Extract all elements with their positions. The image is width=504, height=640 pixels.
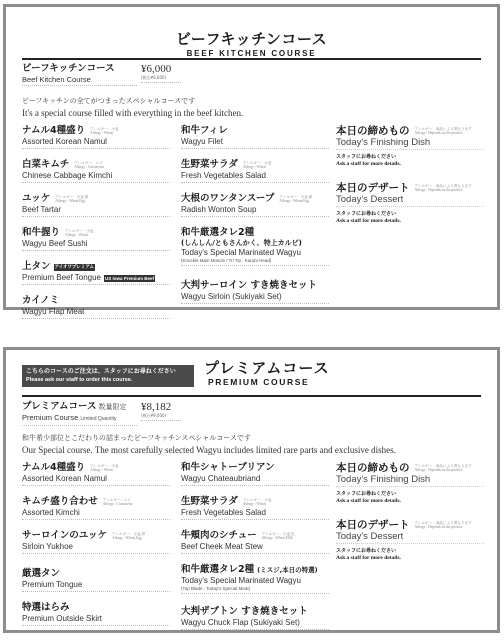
allergy-info: アレルギー：小麦,卵Allergy : Wheat,Egg: [55, 195, 88, 203]
item-name-en: Wagyu Chateaubriand: [181, 474, 329, 484]
ask-staff-en: Ask a staff for more details.: [336, 498, 484, 505]
course-price: ¥6,000 (税込¥6,600): [141, 63, 181, 83]
allergy-info: アレルギー：商品により異なりますAllergy : Depends on the…: [415, 464, 472, 472]
menu-item: 大判サーロイン すき焼きセット Wagyu Sirloin (Sukiyaki …: [181, 280, 329, 304]
description-en: Our Special course. The most carefully s…: [22, 444, 481, 456]
item-name-jp: サーロインのユッケ: [22, 530, 107, 542]
ask-staff-note: スタッフにお尋ねください Ask a staff for more detail…: [336, 211, 484, 225]
item-name-en: Wagyu Sirloin (Sukiyaki Set): [181, 292, 329, 302]
course-name-en: Beef Kitchen Course: [22, 75, 137, 84]
ask-staff-note: スタッフにお尋ねください Ask a staff for more detail…: [336, 491, 484, 505]
allergy-info: アレルギー：小麦Allergy : Wheat: [243, 161, 272, 169]
course-price: ¥8,182 (税込¥9,000): [141, 401, 181, 421]
item-name-en: Assorted Korean Namul: [22, 137, 170, 147]
item-name-jp: ナムル4種盛り: [22, 125, 85, 137]
course-price-line: ビーフキッチンコース Beef Kitchen Course ¥6,000 (税…: [22, 63, 181, 86]
menu-item: 和牛厳選タレ2種(ミスジ,本日の特選) Today's Special Mari…: [181, 564, 329, 594]
course-title-en: PREMIUM COURSE: [204, 377, 330, 388]
menu-item: 本日のデザートアレルギー：商品により異なりますAllergy : Depends…: [336, 182, 484, 207]
ask-staff-note: スタッフにお尋ねください Ask a staff for more detail…: [336, 548, 484, 562]
menu-item: カイノミ Wagyu Flap Meat: [22, 295, 170, 319]
allergy-info: アレルギー：エビAllergy : Crustacean: [103, 498, 133, 506]
item-name-jp: 牛頬肉のシチュー: [181, 530, 257, 542]
item-name-jp: 厳選タン: [22, 568, 170, 580]
menu-column-3: 本日の締めものアレルギー：商品により異なりますAllergy : Depends…: [336, 125, 484, 239]
item-name-en: Wagyu Flap Meat: [22, 307, 170, 317]
item-cuts-en: (Knuckle Main Muscle / Tri Tip , Karubi …: [181, 258, 329, 264]
menu-item: 大根のワンタンスープアレルギー：小麦,卵Allergy : Wheat,Egg …: [181, 193, 329, 217]
item-name-en: Premium Beef Tongue: [22, 273, 101, 282]
limited-quantity-en: Limited Quantity: [80, 416, 116, 422]
course-title-jp: プレミアムコース: [204, 360, 330, 377]
item-name-en: Premium Outside Skirt: [22, 614, 170, 624]
menu-item: サーロインのユッケアレルギー：小麦,卵Allergy : Wheat,Egg S…: [22, 530, 170, 554]
item-name-jp: 本日のデザート: [336, 182, 410, 194]
item-name-jp: キムチ盛り合わせ: [22, 496, 98, 508]
price-tax-included: (税込¥9,000): [141, 413, 181, 419]
item-name-jp: 特選はらみ: [22, 602, 170, 614]
allergy-info: アレルギー：エビAllergy : Crustacean: [74, 161, 104, 169]
menu-item: 本日の締めものアレルギー：商品により異なりますAllergy : Depends…: [336, 462, 484, 487]
ask-staff-jp: スタッフにお尋ねください: [336, 211, 484, 218]
menu-column-1: ナムル4種盛りアレルギー：小麦Allergy : Wheat Assorted …: [22, 462, 170, 636]
item-name-jp: 大判サーロイン すき焼きセット: [181, 280, 329, 292]
allergy-info: アレルギー：商品により異なりますAllergy : Depends on the…: [415, 127, 472, 135]
allergy-info: アレルギー：小麦Allergy : Wheat: [243, 498, 272, 506]
item-name-en: Today's Finishing Dish: [336, 474, 484, 485]
item-name-en: Wagyu Filet: [181, 137, 329, 147]
item-name-jp: 和牛シャトーブリアン: [181, 462, 329, 474]
item-name-en: Beef Tartar: [22, 205, 170, 215]
item-name-en: Premium Tongue: [22, 580, 170, 590]
menu-column-2: 和牛シャトーブリアン Wagyu Chateaubriand 生野菜サラダアレル…: [181, 462, 329, 640]
item-name-jp: 白菜キムチ: [22, 159, 69, 171]
ask-staff-jp: スタッフにお尋ねください: [336, 491, 484, 498]
item-name-en: Today's Special Marinated Wagyu: [181, 248, 329, 258]
course-name-jp: ビーフキッチンコース: [22, 63, 137, 75]
item-name-jp: 本日の締めもの: [336, 462, 410, 474]
course-header: ビーフキッチンコース BEEF KITCHEN COURSE: [22, 31, 481, 59]
item-name-en: Chinese Cabbage Kimchi: [22, 171, 170, 181]
item-name-en: Fresh Vegetables Salad: [181, 508, 329, 518]
premium-course-card: こちらのコースのご注文は、スタッフにお尋ねください Please ask our…: [5, 349, 498, 631]
notice-jp: こちらのコースのご注文は、スタッフにお尋ねください: [26, 367, 190, 376]
menu-item: ユッケアレルギー：小麦,卵Allergy : Wheat,Egg Beef Ta…: [22, 193, 170, 217]
menu-item: ナムル4種盛りアレルギー：小麦Allergy : Wheat Assorted …: [22, 125, 170, 149]
menu-item: 牛頬肉のシチューアレルギー：小麦,乳Allergy : Wheat,Milk B…: [181, 530, 329, 554]
beef-kitchen-course-card: ビーフキッチンコース BEEF KITCHEN COURSE ビーフキッチンコー…: [5, 6, 498, 308]
item-name-jp: 和牛フィレ: [181, 125, 329, 137]
allergy-info: アレルギー：小麦,乳Allergy : Wheat,Milk: [262, 532, 295, 540]
item-cuts-en: (Top Blade , Today's Special Meat): [181, 586, 329, 592]
menu-item: 厳選タン Premium Tongue: [22, 568, 170, 592]
menu-column-1: ナムル4種盛りアレルギー：小麦Allergy : Wheat Assorted …: [22, 125, 170, 329]
description-jp: 和牛希少部位とこだわりの詰まったビーフキッチンスペシャルコースです: [22, 433, 481, 444]
course-title-jp: ビーフキッチンコース: [22, 31, 481, 48]
description-en: It's a special course filled with everyt…: [22, 107, 481, 119]
item-name-jp: 本日のデザート: [336, 519, 410, 531]
menu-item: 白菜キムチアレルギー：エビAllergy : Crustacean Chines…: [22, 159, 170, 183]
course-price-line: プレミアムコース数量限定 Premium Course Limited Quan…: [22, 401, 181, 426]
menu-item: 上タンアイオワプレミアム Premium Beef TongueUS Iowa …: [22, 261, 170, 285]
course-header: プレミアムコース PREMIUM COURSE: [204, 360, 330, 388]
item-name-jp: 和牛握り: [22, 227, 60, 239]
item-name-en: Beef Cheek Meat Stew: [181, 542, 329, 552]
limited-quantity-jp: 数量限定: [98, 403, 126, 411]
menu-item: キムチ盛り合わせアレルギー：エビAllergy : Crustacean Ass…: [22, 496, 170, 520]
menu-item: 生野菜サラダアレルギー：小麦Allergy : Wheat Fresh Vege…: [181, 496, 329, 520]
ask-staff-en: Ask a staff for more details.: [336, 555, 484, 562]
menu-item: 和牛厳選タレ2種 (しんしん/ともさんかく、特上カルビ) Today's Spe…: [181, 227, 329, 266]
menu-item: 和牛シャトーブリアン Wagyu Chateaubriand: [181, 462, 329, 486]
allergy-info: アレルギー：商品により異なりますAllergy : Depends on the…: [415, 184, 472, 192]
item-name-jp: ナムル4種盛り: [22, 462, 85, 474]
order-notice-banner: こちらのコースのご注文は、スタッフにお尋ねください Please ask our…: [22, 365, 194, 387]
item-name-jp: 生野菜サラダ: [181, 159, 238, 171]
item-name-jp: カイノミ: [22, 295, 170, 307]
item-name-en: Assorted Korean Namul: [22, 474, 170, 484]
description-jp: ビーフキッチンの全てがつまったスペシャルコースです: [22, 96, 481, 107]
menu-item: 特選はらみ Premium Outside Skirt: [22, 602, 170, 626]
item-name-en: Wagyu Beef Sushi: [22, 239, 170, 249]
course-description: 和牛希少部位とこだわりの詰まったビーフキッチンスペシャルコースです Our Sp…: [22, 433, 481, 456]
item-name-jp: 大根のワンタンスープ: [181, 193, 274, 205]
notice-en: Please ask our staff to order this cours…: [26, 376, 190, 384]
item-name-en: Today's Special Marinated Wagyu: [181, 576, 329, 586]
item-name-jp: 和牛厳選タレ2種: [181, 227, 329, 239]
item-name-jp: 本日の締めもの: [336, 125, 410, 137]
menu-item: 大判ザブトン すき焼きセット Wagyu Chuck Flap (Sukiyak…: [181, 606, 329, 630]
item-name-jp: 大判ザブトン すき焼きセット: [181, 606, 329, 618]
header-divider: [22, 395, 481, 397]
ask-staff-en: Ask a staff for more details.: [336, 161, 484, 168]
allergy-info: アレルギー：小麦Allergy : Wheat: [65, 229, 94, 237]
ask-staff-en: Ask a staff for more details.: [336, 218, 484, 225]
menu-column-2: 和牛フィレ Wagyu Filet 生野菜サラダアレルギー：小麦Allergy …: [181, 125, 329, 314]
item-name-jp: 上タン: [22, 261, 51, 273]
item-name-jp: 和牛厳選タレ2種: [181, 564, 254, 576]
menu-item: 和牛握りアレルギー：小麦Allergy : Wheat Wagyu Beef S…: [22, 227, 170, 251]
us-iowa-premium-beef-badge: US Iowa Premium Beef: [104, 275, 155, 282]
price-tax-included: (税込¥6,600): [141, 75, 181, 81]
menu-item: ナムル4種盛りアレルギー：小麦Allergy : Wheat Assorted …: [22, 462, 170, 486]
item-name-en: Sirloin Yukhoe: [22, 542, 170, 552]
iowa-premium-badge: アイオワプレミアム: [54, 264, 95, 271]
ask-staff-jp: スタッフにお尋ねください: [336, 154, 484, 161]
item-name-jp: 生野菜サラダ: [181, 496, 238, 508]
menu-item: 生野菜サラダアレルギー：小麦Allergy : Wheat Fresh Vege…: [181, 159, 329, 183]
item-name-en: Today's Dessert: [336, 194, 484, 205]
price-value: ¥6,000: [141, 63, 181, 75]
allergy-info: アレルギー：小麦Allergy : Wheat: [90, 464, 119, 472]
course-name: ビーフキッチンコース Beef Kitchen Course: [22, 63, 137, 86]
menu-column-3: 本日の締めものアレルギー：商品により異なりますAllergy : Depends…: [336, 462, 484, 576]
item-cuts-jp: (ミスジ,本日の特選): [257, 564, 317, 576]
course-name: プレミアムコース数量限定 Premium Course Limited Quan…: [22, 401, 137, 426]
course-name-jp: プレミアムコース: [22, 401, 96, 412]
item-name-jp: ユッケ: [22, 193, 50, 205]
course-name-en: Premium Course: [22, 413, 78, 422]
menu-item: 本日のデザートアレルギー：商品により異なりますAllergy : Depends…: [336, 519, 484, 544]
menu-item: 本日の締めものアレルギー：商品により異なりますAllergy : Depends…: [336, 125, 484, 150]
course-description: ビーフキッチンの全てがつまったスペシャルコースです It's a special…: [22, 96, 481, 119]
menu-item: 和牛フィレ Wagyu Filet: [181, 125, 329, 149]
item-name-en: Radish Wonton Soup: [181, 205, 329, 215]
item-cuts-jp: (しんしん/ともさんかく、特上カルビ): [181, 239, 329, 248]
header-divider: [22, 58, 481, 60]
allergy-info: アレルギー：小麦,卵Allergy : Wheat,Egg: [112, 532, 145, 540]
allergy-info: アレルギー：小麦Allergy : Wheat: [90, 127, 119, 135]
item-name-en: Wagyu Chuck Flap (Sukiyaki Set): [181, 618, 329, 628]
price-value: ¥8,182: [141, 401, 181, 413]
allergy-info: アレルギー：商品により異なりますAllergy : Depends on the…: [415, 521, 472, 529]
ask-staff-note: スタッフにお尋ねください Ask a staff for more detail…: [336, 154, 484, 168]
ask-staff-jp: スタッフにお尋ねください: [336, 548, 484, 555]
item-name-en: Today's Dessert: [336, 531, 484, 542]
item-name-en: Fresh Vegetables Salad: [181, 171, 329, 181]
item-name-en: Assorted Kimchi: [22, 508, 170, 518]
item-name-en: Today's Finishing Dish: [336, 137, 484, 148]
allergy-info: アレルギー：小麦,卵Allergy : Wheat,Egg: [279, 195, 312, 203]
